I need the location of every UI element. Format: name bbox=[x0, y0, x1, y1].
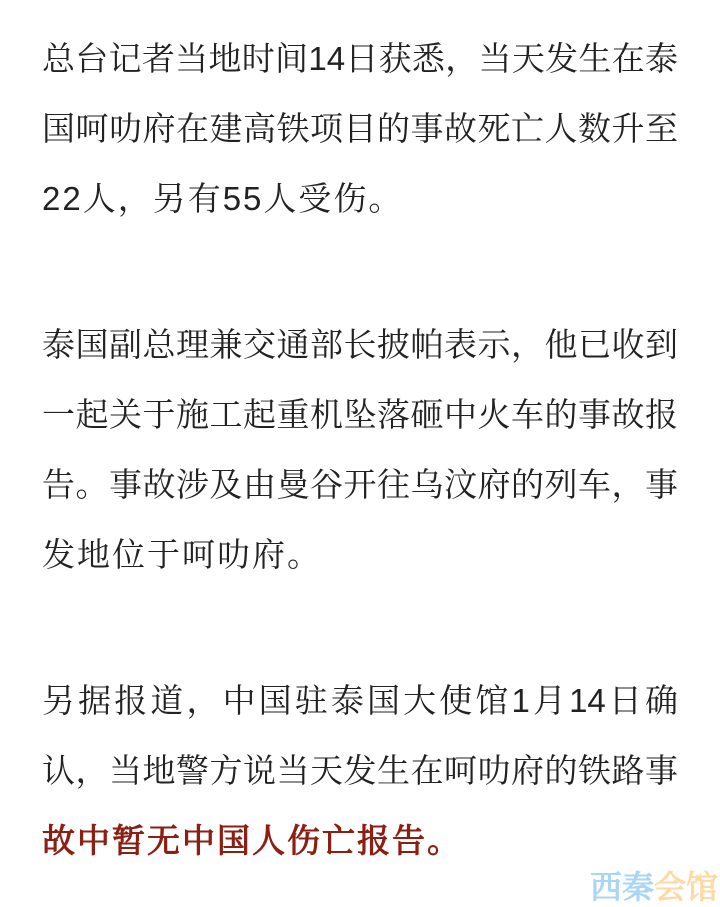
text-line: 另据报道，中国驻泰国大使馆1月14日确 bbox=[42, 666, 678, 736]
article-body: 总台记者当地时间14日获悉，当天发生在泰 国呵叻府在建高铁项目的事故死亡人数升至… bbox=[0, 0, 720, 876]
text-line: 发地位于呵叻府。 bbox=[42, 520, 678, 590]
text-line: 总台记者当地时间14日获悉，当天发生在泰 bbox=[42, 24, 678, 94]
paragraph-2: 泰国副总理兼交通部长披帕表示，他已收到 一起关于施工起重机坠落砸中火车的事故报 … bbox=[42, 310, 678, 590]
text-line: 一起关于施工起重机坠落砸中火车的事故报 bbox=[42, 380, 678, 450]
paragraph-3: 另据报道，中国驻泰国大使馆1月14日确 认，当地警方说当天发生在呵叻府的铁路事 … bbox=[42, 666, 678, 876]
text-line: 泰国副总理兼交通部长披帕表示，他已收到 bbox=[42, 310, 678, 380]
text-line: 22人，另有55人受伤。 bbox=[42, 164, 678, 234]
text-line: 告。事故涉及由曼谷开往乌汶府的列车，事 bbox=[42, 450, 678, 520]
watermark: 西秦会馆 bbox=[590, 869, 718, 905]
text-line: 国呵叻府在建高铁项目的事故死亡人数升至 bbox=[42, 94, 678, 164]
watermark-part-orange: 会馆 bbox=[654, 869, 718, 905]
paragraph-1: 总台记者当地时间14日获悉，当天发生在泰 国呵叻府在建高铁项目的事故死亡人数升至… bbox=[42, 24, 678, 234]
article-page: 总台记者当地时间14日获悉，当天发生在泰 国呵叻府在建高铁项目的事故死亡人数升至… bbox=[0, 0, 720, 907]
watermark-part-blue: 西秦 bbox=[590, 869, 654, 905]
text-line: 认，当地警方说当天发生在呵叻府的铁路事 bbox=[42, 736, 678, 806]
highlight-text-line: 故中暂无中国人伤亡报告。 bbox=[42, 806, 678, 876]
